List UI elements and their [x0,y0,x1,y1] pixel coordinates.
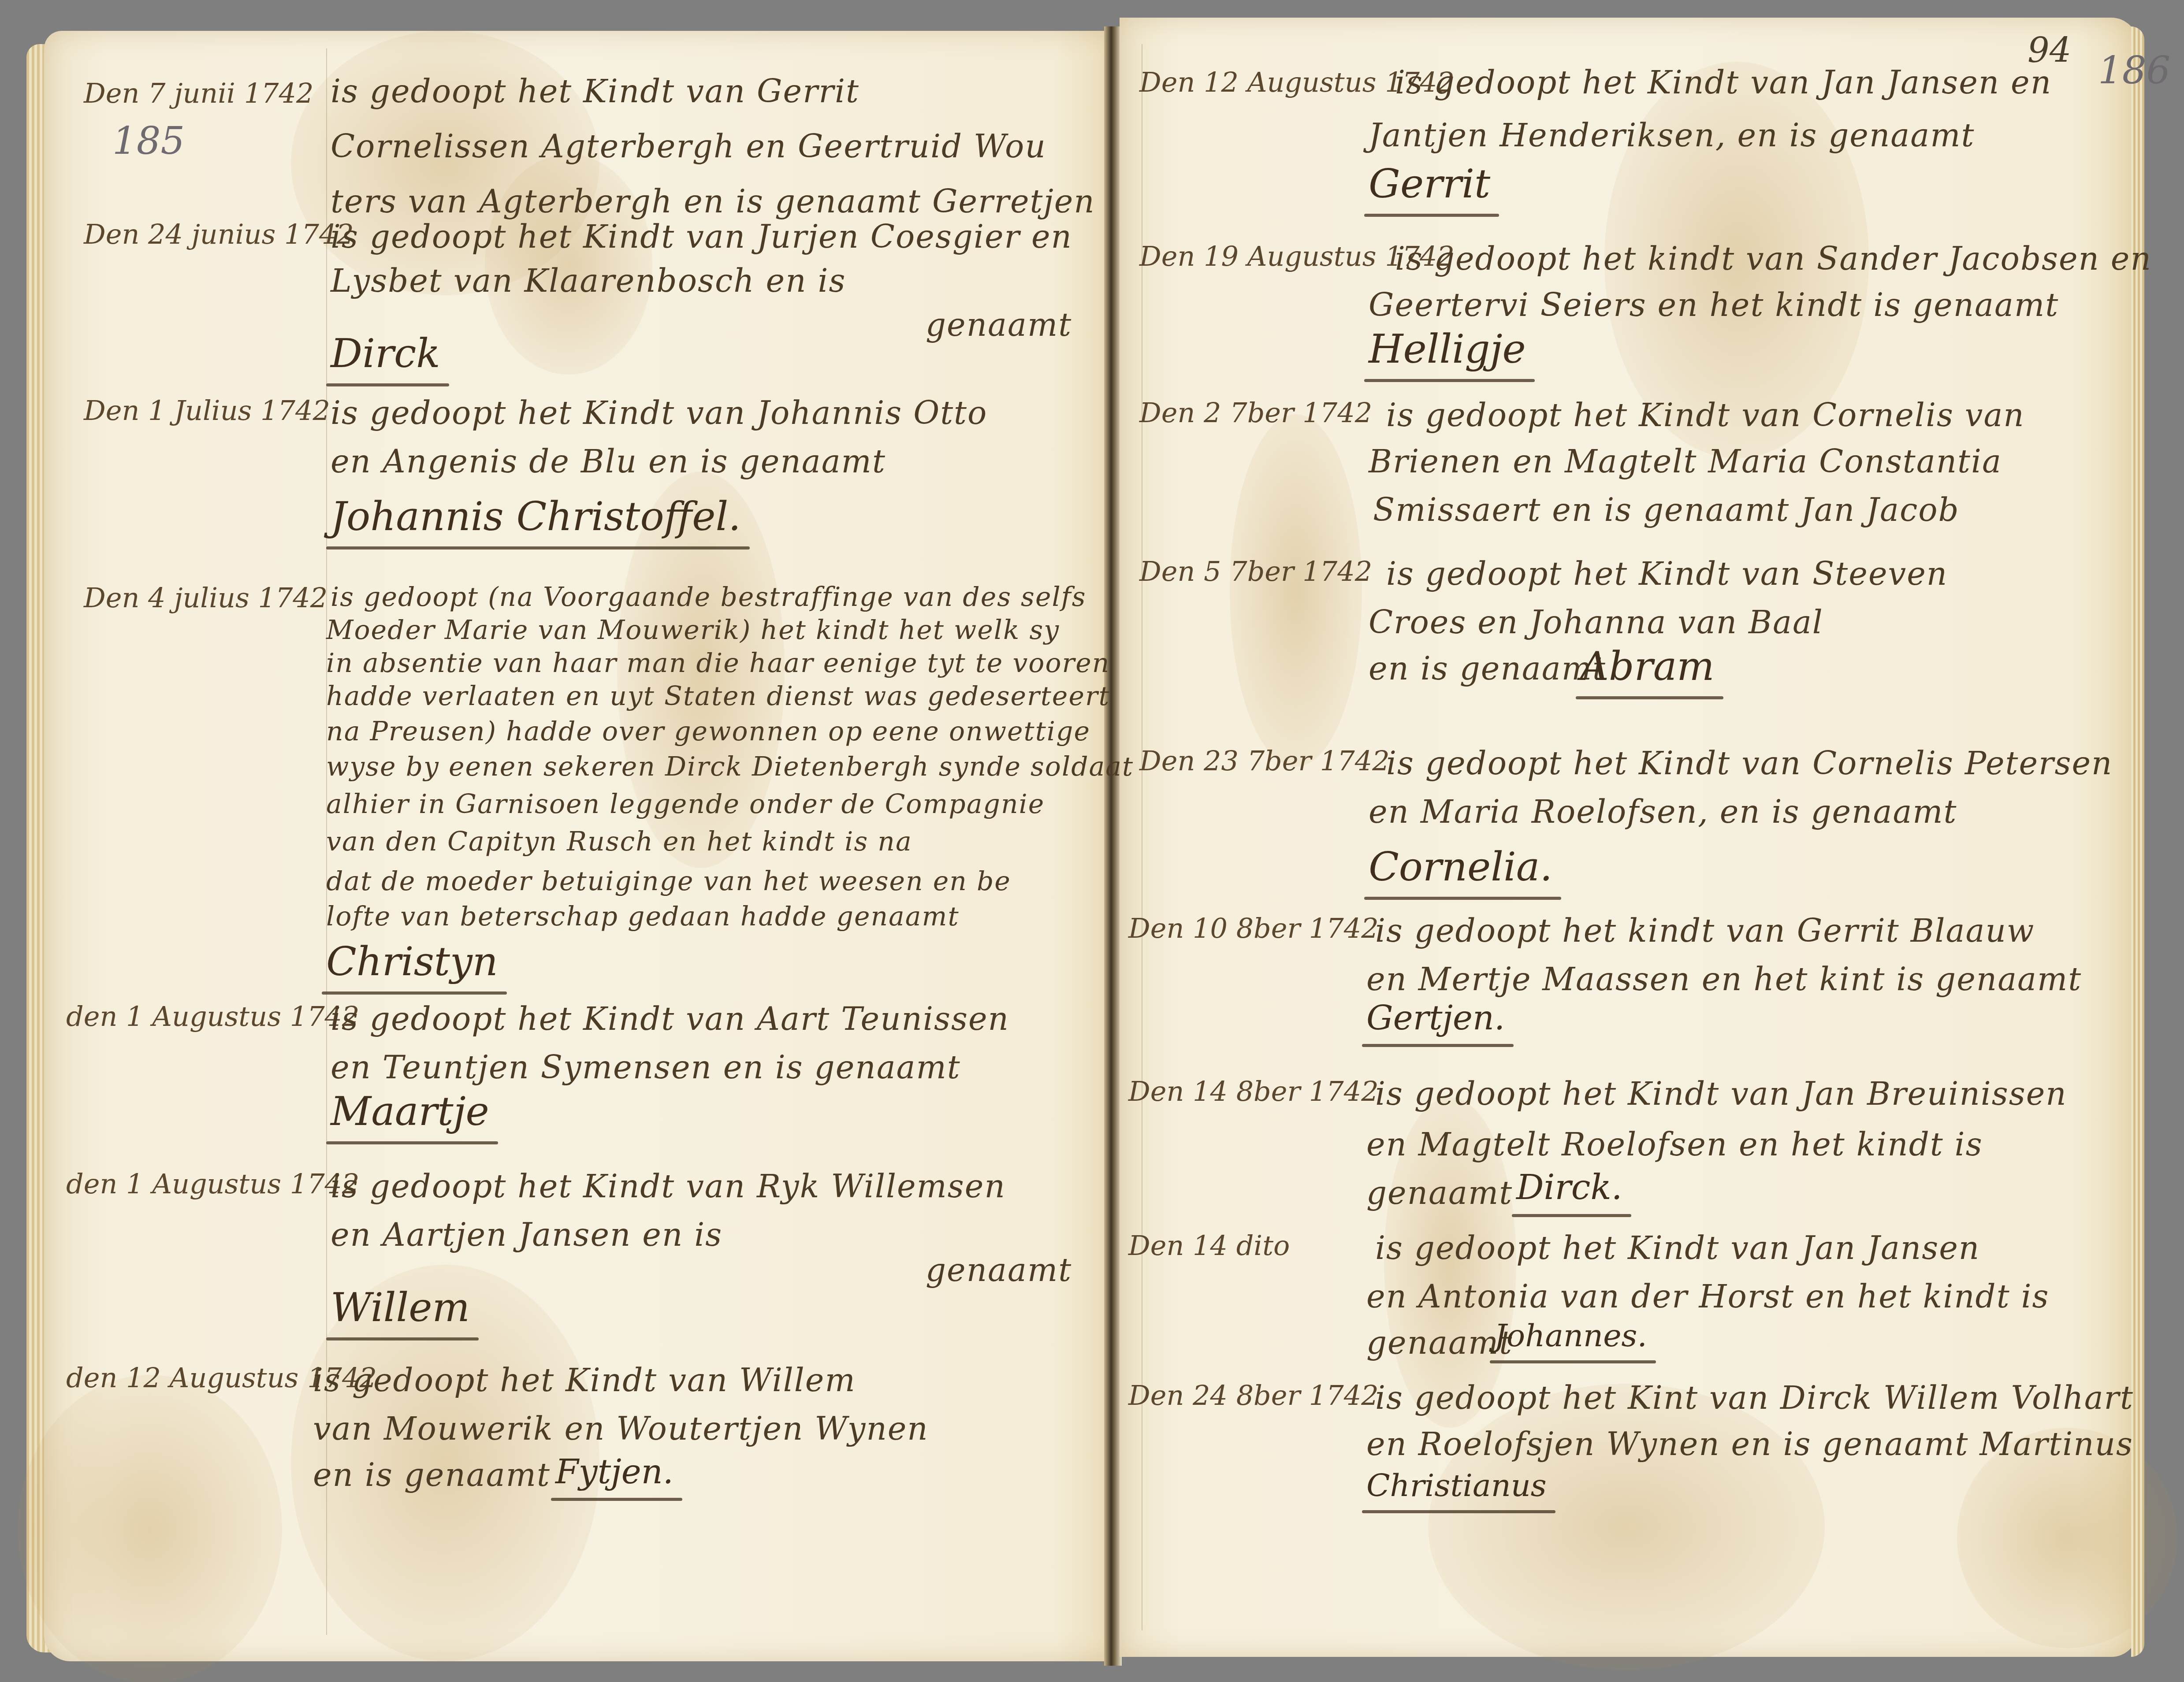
entry-line: van Mouwerik en Woutertjen Wynen [313,1410,929,1447]
entry-date: den 1 Augustus 1742 [66,1168,359,1200]
entry-date: Den 23 7ber 1742 [1139,745,1390,777]
child-name: Abram [1580,643,1715,690]
water-stain [1230,414,1362,767]
entry-line: is gedoopt het Kindt van Steeven [1386,555,1948,592]
entry-date: Den 14 dito [1128,1229,1290,1262]
child-name: Fytjen. [555,1452,673,1491]
entry-line: Brienen en Magtelt Maria Constantia [1369,443,2002,480]
entry-line: Jantjen Henderiksen, en is genaamt [1369,117,1975,154]
entry-line: en Maria Roelofsen, en is genaamt [1369,793,1957,830]
entry-line: is gedoopt het Kindt van Ryk Willemsen [331,1168,1006,1205]
entry-line: is gedoopt het Kindt van Jan Jansen en [1395,64,2052,101]
entry-line: en is genaamt [1369,650,1606,687]
entry-line: dat de moeder betuiginge van het weesen … [326,866,1011,897]
entry-line: en Teuntjen Symensen en is genaamt [331,1049,961,1086]
entry-line: genaamt [926,1251,1072,1288]
child-name: Helligje [1369,326,1526,372]
child-name: Dirck. [1516,1168,1622,1207]
entry-line: Moeder Marie van Mouwerik) het kindt het… [326,615,1060,646]
entry-line: is gedoopt het Kint van Dirck Willem Vol… [1375,1379,2134,1416]
entry-line: is gedoopt het Kindt van Gerrit [331,73,859,110]
open-register-book: 185 94 186 Den 7 junii 1742 is gedoopt h… [0,0,2184,1682]
entry-line: Smissaert en is genaamt Jan Jacob [1373,491,1960,528]
child-name: Cornelia. [1369,844,1552,890]
entry-line: Croes en Johanna van Baal [1369,604,1823,641]
entry-date: Den 4 julius 1742 [84,582,327,614]
entry-line: wyse by eenen sekeren Dirck Dietenbergh … [326,751,1134,782]
child-name: Christianus [1366,1467,1547,1504]
entry-line: Cornelissen Agterbergh en Geertruid Wou [331,128,1046,165]
entry-line: hadde verlaaten en uyt Staten dienst was… [326,681,1110,712]
child-name: Johannes. [1494,1318,1647,1354]
entry-line: genaamt [1366,1324,1513,1361]
child-name: Gerrit [1369,161,1490,207]
entry-line: en Mertje Maassen en het kint is genaamt [1366,961,2082,998]
page-number-right: 186 [2098,48,2170,93]
water-stain [18,1375,282,1682]
entry-date: Den 24 8ber 1742 [1128,1379,1379,1411]
child-name: Johannis Christoffel. [331,494,741,540]
child-name: Maartje [331,1088,489,1135]
entry-date: Den 7 junii 1742 [84,77,313,109]
entry-line: van den Capityn Rusch en het kindt is na [326,826,912,857]
entry-date: Den 10 8ber 1742 [1128,912,1379,944]
entry-line: is gedoopt het Kindt van Willem [313,1362,856,1399]
entry-line: genaamt [926,306,1072,343]
entry-date: Den 5 7ber 1742 [1139,555,1372,587]
entry-date: Den 1 Julius 1742 [84,394,330,427]
entry-line: en Angenis de Blu en is genaamt [331,443,886,480]
entry-line: en Antonia van der Horst en het kindt is [1366,1278,2050,1315]
entry-line: en Magtelt Roelofsen en het kindt is [1366,1126,1983,1163]
entry-line: na Preusen) hadde over gewonnen op eene … [326,716,1090,747]
entry-line: is gedoopt het Kindt van Cornelis Peters… [1386,745,2113,782]
child-name: Dirck [331,330,440,377]
page-number-left: 185 [112,119,185,163]
entry-date: Den 24 junius 1742 [84,218,354,250]
entry-line: is gedoopt het kindt van Sander Jacobsen… [1395,240,2152,277]
entry-line: is gedoopt het kindt van Gerrit Blaauw [1375,912,2035,949]
child-name: Gertjen. [1366,998,1505,1037]
entry-date: den 1 Augustus 1742 [66,1000,359,1032]
entry-line: en is genaamt [313,1456,551,1493]
entry-line: en Aartjen Jansen en is [331,1216,722,1253]
entry-line: is gedoopt het Kindt van Cornelis van [1386,397,2025,434]
entry-date: Den 14 8ber 1742 [1128,1075,1379,1107]
entry-line: Geertervi Seiers en het kindt is genaamt [1369,286,2059,323]
entry-line: is gedoopt (na Voorgaande bestraffinge v… [331,582,1086,613]
entry-line: lofte van beterschap gedaan hadde genaam… [326,901,960,932]
entry-line: is gedoopt het Kindt van Jan Jansen [1375,1229,1980,1266]
entry-date: Den 2 7ber 1742 [1139,397,1372,429]
entry-line: en Roelofsjen Wynen en is genaamt Martin… [1366,1426,2133,1463]
entry-line: in absentie van haar man die haar eenige… [326,648,1110,679]
entry-line: genaamt [1366,1174,1513,1211]
entry-line: ters van Agterbergh en is genaamt Gerret… [331,183,1095,220]
entry-line: is gedoopt het Kindt van Aart Teunissen [331,1000,1009,1037]
child-name: Willem [331,1285,470,1331]
entry-line: is gedoopt het Kindt van Jan Breuinissen [1375,1075,2067,1112]
entry-line: Lysbet van Klaarenbosch en is [331,262,846,299]
entry-line: alhier in Garnisoen leggende onder de Co… [326,789,1045,820]
entry-line: is gedoopt het Kindt van Jurjen Coesgier… [331,218,1072,255]
child-name: Christyn [326,939,498,985]
book-gutter [1104,26,1122,1666]
entry-line: is gedoopt het Kindt van Johannis Otto [331,394,987,431]
